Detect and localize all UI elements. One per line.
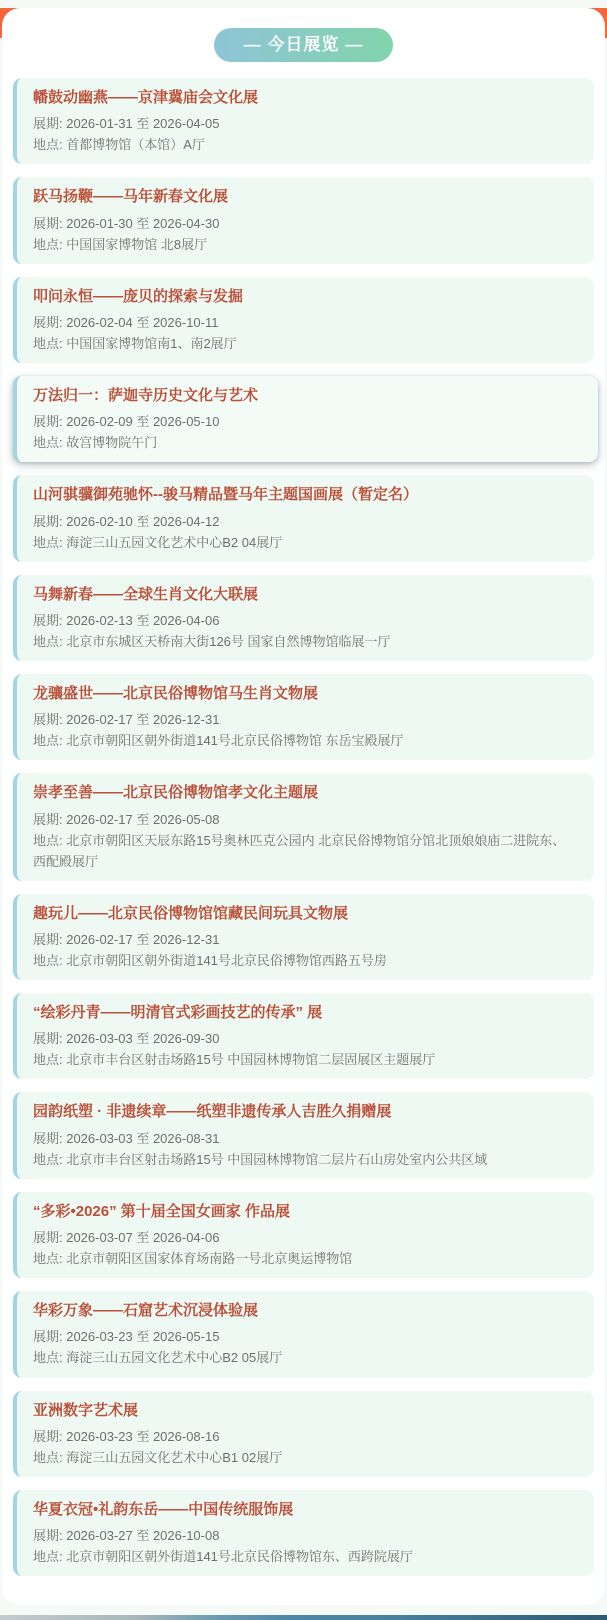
exhibition-location: 地点: 北京市丰台区射击场路15号 中国园林博物馆二层片石山房处室内公共区域 bbox=[33, 1149, 578, 1170]
exhibition-period: 展期: 2026-02-17 至 2026-05-08 bbox=[33, 809, 578, 830]
main-panel: — 今日展览 — 幡鼓动幽燕——京津冀庙会文化展 展期: 2026-01-31 … bbox=[2, 8, 605, 1605]
exhibition-period: 展期: 2026-03-23 至 2026-05-15 bbox=[33, 1326, 578, 1347]
exhibition-card[interactable]: “多彩•2026” 第十届全国女画家 作品展 展期: 2026-03-07 至 … bbox=[13, 1192, 594, 1278]
exhibition-location: 地点: 北京市朝阳区国家体育场南路一号北京奥运博物馆 bbox=[33, 1248, 578, 1269]
exhibition-card[interactable]: 马舞新春——全球生肖文化大联展 展期: 2026-02-13 至 2026-04… bbox=[13, 575, 594, 661]
badge-row: — 今日展览 — bbox=[13, 28, 594, 62]
exhibition-location: 地点: 海淀三山五园文化艺术中心B1 02展厅 bbox=[33, 1447, 578, 1468]
exhibition-period: 展期: 2026-03-27 至 2026-10-08 bbox=[33, 1525, 578, 1546]
exhibition-list: 幡鼓动幽燕——京津冀庙会文化展 展期: 2026-01-31 至 2026-04… bbox=[13, 78, 594, 1576]
exhibition-location: 地点: 中国国家博物馆南1、南2展厅 bbox=[33, 333, 578, 354]
exhibition-card[interactable]: 叩问永恒——庞贝的探索与发掘 展期: 2026-02-04 至 2026-10-… bbox=[13, 277, 594, 363]
exhibition-title: “多彩•2026” 第十届全国女画家 作品展 bbox=[33, 1202, 578, 1222]
exhibition-card[interactable]: 华彩万象——石窟艺术沉浸体验展 展期: 2026-03-23 至 2026-05… bbox=[13, 1291, 594, 1377]
exhibition-location: 地点: 北京市丰台区射击场路15号 中国园林博物馆二层固展区主题展厅 bbox=[33, 1049, 578, 1070]
exhibition-card[interactable]: 华夏衣冠•礼韵东岳——中国传统服饰展 展期: 2026-03-27 至 2026… bbox=[13, 1490, 594, 1576]
exhibition-location: 地点: 海淀三山五园文化艺术中心B2 04展厅 bbox=[33, 532, 578, 553]
exhibition-location: 地点: 北京市朝阳区朝外街道141号北京民俗博物馆 东岳宝殿展厅 bbox=[33, 730, 578, 751]
exhibition-period: 展期: 2026-02-17 至 2026-12-31 bbox=[33, 929, 578, 950]
exhibition-title: 马舞新春——全球生肖文化大联展 bbox=[33, 585, 578, 605]
exhibition-period: 展期: 2026-03-03 至 2026-08-31 bbox=[33, 1128, 578, 1149]
exhibition-card[interactable]: 园韵纸塑 · 非遗续章——纸塑非遗传承人吉胜久捐赠展 展期: 2026-03-0… bbox=[13, 1092, 594, 1178]
exhibition-period: 展期: 2026-01-31 至 2026-04-05 bbox=[33, 113, 578, 134]
exhibition-period: 展期: 2026-01-30 至 2026-04-30 bbox=[33, 213, 578, 234]
exhibition-location: 地点: 首都博物馆（本馆）A厅 bbox=[33, 134, 578, 155]
exhibition-location: 地点: 北京市东城区天桥南大街126号 国家自然博物馆临展一厅 bbox=[33, 631, 578, 652]
exhibition-title: 龙骧盛世——北京民俗博物馆马生肖文物展 bbox=[33, 684, 578, 704]
exhibition-card[interactable]: 亚洲数字艺术展 展期: 2026-03-23 至 2026-08-16 地点: … bbox=[13, 1391, 594, 1477]
exhibition-title: “绘彩丹青——明清官式彩画技艺的传承” 展 bbox=[33, 1003, 578, 1023]
exhibition-card[interactable]: 跃马扬鞭——马年新春文化展 展期: 2026-01-30 至 2026-04-3… bbox=[13, 177, 594, 263]
exhibition-card[interactable]: “绘彩丹青——明清官式彩画技艺的传承” 展 展期: 2026-03-03 至 2… bbox=[13, 993, 594, 1079]
exhibition-period: 展期: 2026-02-13 至 2026-04-06 bbox=[33, 610, 578, 631]
exhibition-title: 崇孝至善——北京民俗博物馆孝文化主题展 bbox=[33, 783, 578, 803]
exhibition-title: 叩问永恒——庞贝的探索与发掘 bbox=[33, 287, 578, 307]
exhibition-title: 山河骐骥御苑驰怀--骏马精品暨马年主题国画展（暂定名） bbox=[33, 485, 578, 505]
exhibition-title: 亚洲数字艺术展 bbox=[33, 1401, 578, 1421]
footer-strip bbox=[0, 1615, 607, 1620]
exhibition-period: 展期: 2026-03-07 至 2026-04-06 bbox=[33, 1227, 578, 1248]
exhibition-location: 地点: 海淀三山五园文化艺术中心B2 05展厅 bbox=[33, 1347, 578, 1368]
exhibition-title: 跃马扬鞭——马年新春文化展 bbox=[33, 187, 578, 207]
exhibition-card-highlighted[interactable]: 万法归一：萨迦寺历史文化与艺术 展期: 2026-02-09 至 2026-05… bbox=[13, 376, 598, 462]
exhibition-card[interactable]: 山河骐骥御苑驰怀--骏马精品暨马年主题国画展（暂定名） 展期: 2026-02-… bbox=[13, 475, 594, 561]
exhibition-title: 华彩万象——石窟艺术沉浸体验展 bbox=[33, 1301, 578, 1321]
exhibition-period: 展期: 2026-02-04 至 2026-10-11 bbox=[33, 312, 578, 333]
exhibition-title: 趣玩儿——北京民俗博物馆馆藏民间玩具文物展 bbox=[33, 904, 578, 924]
exhibition-location: 地点: 北京市朝阳区朝外街道141号北京民俗博物馆东、西跨院展厅 bbox=[33, 1546, 578, 1567]
exhibition-title: 华夏衣冠•礼韵东岳——中国传统服饰展 bbox=[33, 1500, 578, 1520]
exhibition-card[interactable]: 幡鼓动幽燕——京津冀庙会文化展 展期: 2026-01-31 至 2026-04… bbox=[13, 78, 594, 164]
today-exhibitions-badge: — 今日展览 — bbox=[214, 28, 393, 62]
exhibition-title: 园韵纸塑 · 非遗续章——纸塑非遗传承人吉胜久捐赠展 bbox=[33, 1102, 578, 1122]
exhibition-period: 展期: 2026-02-09 至 2026-05-10 bbox=[33, 411, 582, 432]
exhibition-location: 地点: 北京市朝阳区天辰东路15号奥林匹克公园内 北京民俗博物馆分馆北顶娘娘庙二… bbox=[33, 830, 578, 872]
exhibition-card[interactable]: 趣玩儿——北京民俗博物馆馆藏民间玩具文物展 展期: 2026-02-17 至 2… bbox=[13, 894, 594, 980]
exhibition-period: 展期: 2026-03-03 至 2026-09-30 bbox=[33, 1028, 578, 1049]
exhibition-period: 展期: 2026-02-17 至 2026-12-31 bbox=[33, 709, 578, 730]
exhibition-title: 幡鼓动幽燕——京津冀庙会文化展 bbox=[33, 88, 578, 108]
exhibition-location: 地点: 故宫博物院午门 bbox=[33, 432, 582, 453]
exhibition-period: 展期: 2026-03-23 至 2026-08-16 bbox=[33, 1426, 578, 1447]
exhibition-card[interactable]: 龙骧盛世——北京民俗博物馆马生肖文物展 展期: 2026-02-17 至 202… bbox=[13, 674, 594, 760]
exhibition-card[interactable]: 崇孝至善——北京民俗博物馆孝文化主题展 展期: 2026-02-17 至 202… bbox=[13, 773, 594, 880]
exhibition-location: 地点: 中国国家博物馆 北8展厅 bbox=[33, 234, 578, 255]
exhibition-period: 展期: 2026-02-10 至 2026-04-12 bbox=[33, 511, 578, 532]
exhibition-title: 万法归一：萨迦寺历史文化与艺术 bbox=[33, 386, 582, 406]
exhibition-location: 地点: 北京市朝阳区朝外街道141号北京民俗博物馆西路五号房 bbox=[33, 950, 578, 971]
